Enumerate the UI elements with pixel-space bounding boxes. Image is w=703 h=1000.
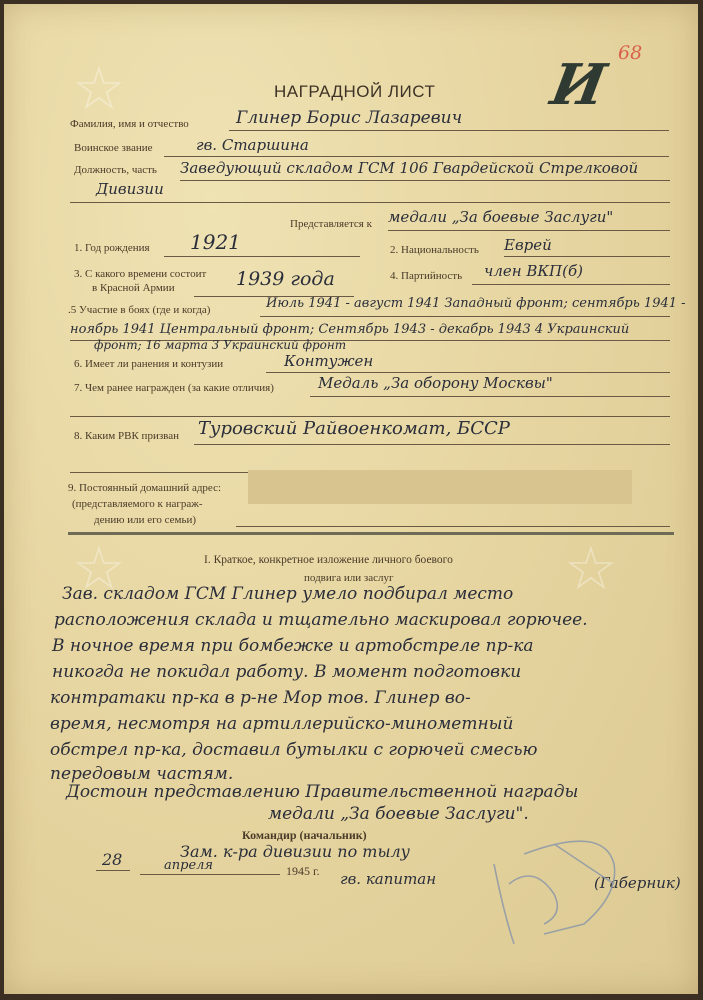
archive-number: 68 bbox=[618, 42, 642, 64]
rvk-value: Туровский Райвоенкомат, БССР bbox=[198, 418, 510, 439]
battles-line2: ноябрь 1941 Центральный фронт; Сентябрь … bbox=[70, 322, 629, 337]
birth-year-label: 1. Год рождения bbox=[74, 242, 150, 254]
army-since-label-2: в Красной Армии bbox=[92, 282, 175, 294]
narrative-line: никогда не покидал работу. В момент подг… bbox=[52, 662, 521, 682]
presented-to-label: Представляется к bbox=[290, 218, 372, 230]
watermark-star-icon: ☆ bbox=[72, 54, 126, 124]
date-day: 28 bbox=[102, 850, 122, 869]
party-value: член ВКП(б) bbox=[484, 262, 583, 280]
presented-to-value: медали „За боевые Заслуги" bbox=[388, 208, 613, 226]
position-label: Должность, часть bbox=[74, 164, 157, 176]
narrative-line: расположения склада и тщательно маскиров… bbox=[54, 610, 588, 630]
wounds-label: 6. Имеет ли ранения и контузии bbox=[74, 358, 223, 370]
narrative-line: В ночное время при бомбежке и артобстрел… bbox=[52, 636, 534, 656]
name-value: Глинер Борис Лазаревич bbox=[236, 108, 462, 128]
position-value: Заведующий складом ГСМ 106 Гвардейской С… bbox=[180, 159, 638, 177]
date-month: апреля bbox=[164, 858, 213, 873]
narrative-line: медали „За боевые Заслуги". bbox=[268, 804, 529, 824]
battles-label: .5 Участие в боях (где и когда) bbox=[68, 304, 210, 316]
rank-label: Воинское звание bbox=[74, 142, 152, 154]
narrative-line: Зав. складом ГСМ Глинер умело подбирал м… bbox=[62, 584, 513, 604]
narrative-line: передовым частям. bbox=[50, 764, 233, 784]
margin-mark: И bbox=[546, 52, 611, 118]
address-label-3: дению или его семьи) bbox=[94, 514, 196, 526]
nationality-value: Еврей bbox=[504, 236, 552, 254]
wounds-value: Контужен bbox=[284, 352, 373, 370]
army-since-value: 1939 года bbox=[236, 268, 335, 290]
section-heading-2: подвига или заслуг bbox=[304, 572, 394, 584]
address-redacted bbox=[248, 470, 632, 504]
party-label: 4. Партийность bbox=[390, 270, 462, 282]
prev-awards-value: Медаль „За оборону Москвы" bbox=[318, 374, 553, 392]
commander-rank: гв. капитан bbox=[340, 870, 436, 888]
battles-line3: фронт; 16 марта 3 Украинский фронт bbox=[94, 338, 346, 352]
commander-label: Командир (начальник) bbox=[242, 828, 367, 843]
narrative-line: обстрел пр-ка, доставил бутылки с горюче… bbox=[50, 740, 538, 760]
battles-line1: Июль 1941 - август 1941 Западный фронт; … bbox=[266, 296, 686, 311]
commander-title: Зам. к-ра дивизии по тылу bbox=[180, 842, 410, 861]
section-divider bbox=[68, 532, 674, 535]
date-year: 1945 г. bbox=[286, 864, 320, 879]
section-heading-1: I. Краткое, конкретное изложение личного… bbox=[204, 554, 453, 566]
name-label: Фамилия, имя и отчество bbox=[70, 118, 189, 130]
signature bbox=[484, 824, 634, 954]
prev-awards-label: 7. Чем ранее награжден (за какие отличия… bbox=[74, 382, 274, 394]
rank-value: гв. Старшина bbox=[196, 136, 309, 154]
narrative-line: Достоин представлению Правительственной … bbox=[66, 782, 578, 802]
narrative-line: время, несмотря на артиллерийско-миномет… bbox=[50, 714, 513, 734]
narrative-line: контратаки пр-ка в р-не Мор тов. Глинер … bbox=[50, 688, 471, 708]
award-sheet: ☆ ☆ ☆ 68 И НАГРАДНОЙ ЛИСТ Фамилия, имя и… bbox=[4, 4, 698, 994]
rvk-label: 8. Каким РВК призван bbox=[74, 430, 179, 442]
position-value-line2: Дивизии bbox=[96, 180, 164, 198]
nationality-label: 2. Национальность bbox=[390, 244, 479, 256]
address-label-2: (представляемого к награж- bbox=[72, 498, 203, 510]
address-label-1: 9. Постоянный домашний адрес: bbox=[68, 482, 221, 494]
birth-year-value: 1921 bbox=[190, 230, 241, 254]
watermark-star-icon: ☆ bbox=[564, 534, 618, 604]
document-title: НАГРАДНОЙ ЛИСТ bbox=[274, 82, 435, 102]
army-since-label-1: 3. С какого времени состоит bbox=[74, 268, 206, 280]
